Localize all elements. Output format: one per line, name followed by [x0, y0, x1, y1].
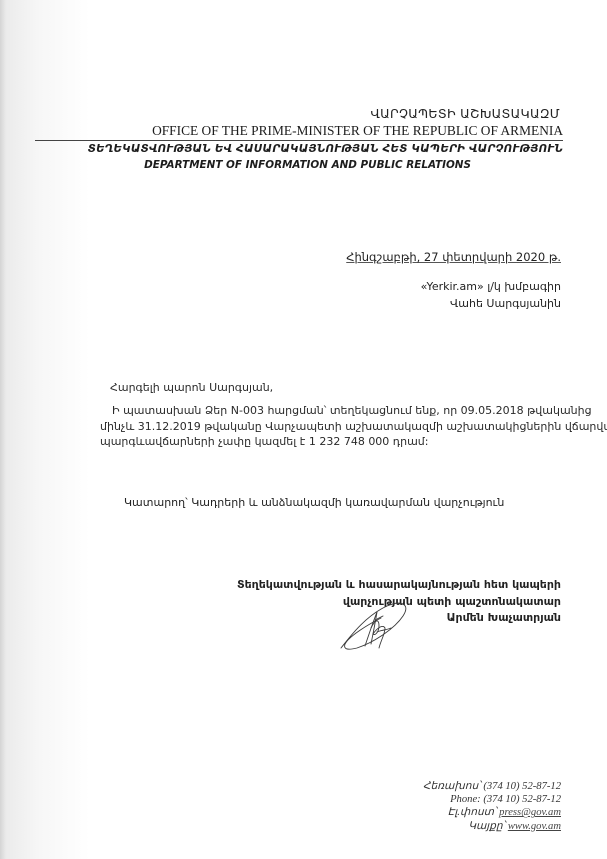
letter-date: Հինգշաբթի, 27 փետրվարի 2020 թ. [346, 250, 561, 264]
handwritten-signature-icon [335, 598, 415, 654]
department-name-armenian: ՏԵՂԵԿԱՏՎՈՒԹՅԱՆ ԵՎ ՀԱՍԱՐԱԿԱՅՆՈՒԹՅԱՆ ՀԵՏ Կ… [88, 143, 563, 155]
website-label: Կայքը՝ [468, 821, 505, 832]
email-link[interactable]: press@gov.am [499, 807, 561, 818]
office-name-armenian: ՎԱՐՉԱՊԵՏԻ ԱՇԽԱՏԱԿԱԶՄ [370, 106, 560, 121]
salutation: Հարգելի պարոն Սարգսյան, [110, 381, 273, 394]
email-row: Էլ.փոստ՝ press@gov.am [423, 806, 561, 819]
contact-footer: Հեռախոս՝ (374 10) 52-87-12 Phone: (374 1… [423, 780, 561, 833]
website-link[interactable]: www.gov.am [508, 821, 561, 832]
phone-english: Phone: (374 10) 52-87-12 [423, 793, 561, 806]
addressee-block: «Yerkir.am» լ/կ խմբագիր Վահե Սարգսյանին [421, 278, 561, 312]
executor-line: Կատարող՝ Կադրերի և անձնակազմի կառավարման… [124, 496, 504, 509]
phone-armenian: Հեռախոս՝ (374 10) 52-87-12 [423, 780, 561, 793]
body-line: Ի պատասխան Ձեր N-003 հարցման՝ տեղեկացնու… [100, 403, 561, 419]
letter-page: ՎԱՐՉԱՊԵՏԻ ԱՇԽԱՏԱԿԱԶՄ OFFICE OF THE PRIME… [0, 0, 607, 859]
scan-edge-shadow [0, 0, 6, 859]
addressee-name: Վահե Սարգսյանին [421, 295, 561, 312]
body-paragraph: Ի պատասխան Ձեր N-003 հարցման՝ տեղեկացնու… [100, 403, 561, 450]
website-row: Կայքը՝ www.gov.am [423, 820, 561, 833]
body-line: պարգևավճարների չափը կազմել է 1 232 748 0… [100, 434, 561, 450]
department-name-english: DEPARTMENT OF INFORMATION AND PUBLIC REL… [144, 159, 471, 171]
body-line: մինչև 31.12.2019 թվականը Վարչապետի աշխատ… [100, 419, 561, 435]
signatory-title-line1: Տեղեկատվության և հասարակայնության հետ կա… [237, 577, 561, 594]
letterhead-divider [35, 140, 563, 141]
email-label: Էլ.փոստ՝ [448, 807, 497, 818]
office-name-english: OFFICE OF THE PRIME-MINISTER OF THE REPU… [152, 123, 563, 139]
addressee-position: «Yerkir.am» լ/կ խմբագիր [421, 278, 561, 295]
